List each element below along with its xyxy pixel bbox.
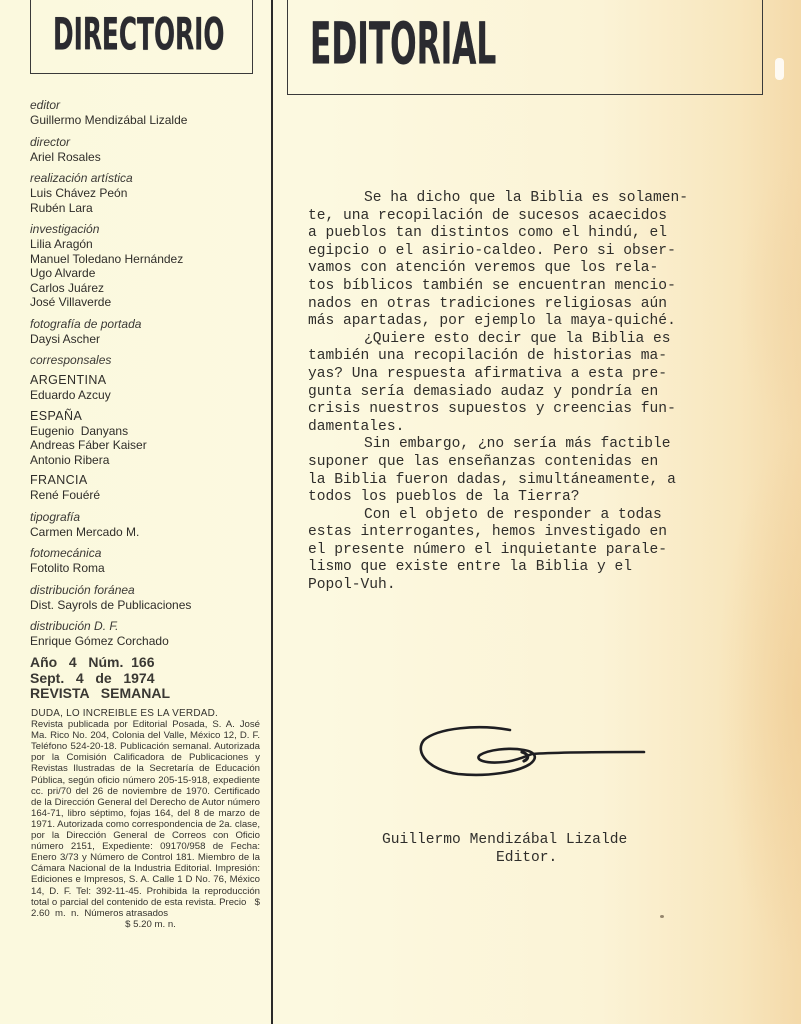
staff-name: Manuel Toledano Hernández [30,252,266,267]
staff-name: Antonio Ribera [30,453,266,468]
staff-name: Ugo Alvarde [30,266,266,281]
editorial-paragraph: Con el objeto de responder a todas estas… [308,507,758,595]
staff-name: Ariel Rosales [30,150,266,165]
role-label: editor [30,98,266,113]
country-group: ARGENTINA Eduardo Azcuy [30,373,266,403]
role-label: investigación [30,222,266,237]
directorio-title-box: DIRECTORIO [30,0,253,74]
staff-list: editor Guillermo Mendizábal Lizalde dire… [30,98,266,656]
country-group: ESPAÑA Eugenio Danyans Andreas Fáber Kai… [30,409,266,468]
staff-group: investigación Lilia Aragón Manuel Toleda… [30,222,266,310]
editorial-title-box: EDITORIAL [287,0,763,95]
staff-name: Daysi Ascher [30,332,266,347]
staff-name: Eugenio Danyans [30,424,266,439]
legal-notice: DUDA, LO INCREIBLE ES LA VERDAD. Revista… [31,708,260,930]
staff-name: Carlos Juárez [30,281,266,296]
role-label: tipografía [30,510,266,525]
country-label: ARGENTINA [30,373,266,388]
issue-number: Año 4 Núm. 166 [30,655,266,671]
editorial-paragraph: Sin embargo, ¿no sería más factible supo… [308,436,758,506]
publication-type: REVISTA SEMANAL [30,686,266,702]
directorio-title: DIRECTORIO [53,9,224,61]
staff-name: Guillermo Mendizábal Lizalde [30,113,266,128]
signer-title: Editor. [496,850,557,866]
back-issue-price: $ 5.20 m. n. [31,919,260,930]
role-label: realización artística [30,171,266,186]
staff-group: distribución D. F. Enrique Gómez Corchad… [30,619,266,649]
signer-name: Guillermo Mendizábal Lizalde [382,832,702,849]
role-label: distribución foránea [30,583,266,598]
staff-name: Luis Chávez Peón [30,186,266,201]
role-label: corresponsales [30,353,266,368]
staff-name: Carmen Mercado M. [30,525,266,540]
signature-icon [418,722,650,782]
directorio-column: DIRECTORIO editor Guillermo Mendizábal L… [0,0,272,1024]
editorial-paragraph: Se ha dicho que la Biblia es solamen- te… [308,190,758,331]
staff-group: realización artística Luis Chávez Peón R… [30,171,266,215]
staff-name: Andreas Fáber Kaiser [30,438,266,453]
staff-name: José Villaverde [30,295,266,310]
staff-group: director Ariel Rosales [30,135,266,165]
issue-date: Sept. 4 de 1974 [30,671,266,687]
country-label: ESPAÑA [30,409,266,424]
editorial-title: EDITORIAL [310,11,496,78]
staff-name: Eduardo Azcuy [30,388,266,403]
role-label: fotomecánica [30,546,266,561]
corresponsales-group: corresponsales ARGENTINA Eduardo Azcuy E… [30,353,266,503]
staff-name: Enrique Gómez Corchado [30,634,266,649]
issue-info: Año 4 Núm. 166 Sept. 4 de 1974 REVISTA S… [30,655,266,702]
role-label: director [30,135,266,150]
staff-group: tipografía Carmen Mercado M. [30,510,266,540]
column-divider [271,0,273,1024]
staff-name: Fotolito Roma [30,561,266,576]
legal-body: Revista publicada por Editorial Posada, … [31,719,260,919]
paper-glare [775,58,784,80]
staff-group: editor Guillermo Mendizábal Lizalde [30,98,266,128]
country-label: FRANCIA [30,473,266,488]
staff-group: fotografía de portada Daysi Ascher [30,317,266,347]
staff-name: René Fouéré [30,488,266,503]
editorial-body: Se ha dicho que la Biblia es solamen- te… [308,190,758,595]
staff-name: Dist. Sayrols de Publicaciones [30,598,266,613]
role-label: fotografía de portada [30,317,266,332]
legal-tagline: DUDA, LO INCREIBLE ES LA VERDAD. [31,708,260,719]
country-group: FRANCIA René Fouéré [30,473,266,503]
editorial-paragraph: ¿Quiere esto decir que la Biblia es tamb… [308,331,758,437]
staff-group: distribución foránea Dist. Sayrols de Pu… [30,583,266,613]
staff-name: Rubén Lara [30,201,266,216]
paper-speck [660,915,664,918]
staff-name: Lilia Aragón [30,237,266,252]
staff-group: fotomecánica Fotolito Roma [30,546,266,576]
role-label: distribución D. F. [30,619,266,634]
